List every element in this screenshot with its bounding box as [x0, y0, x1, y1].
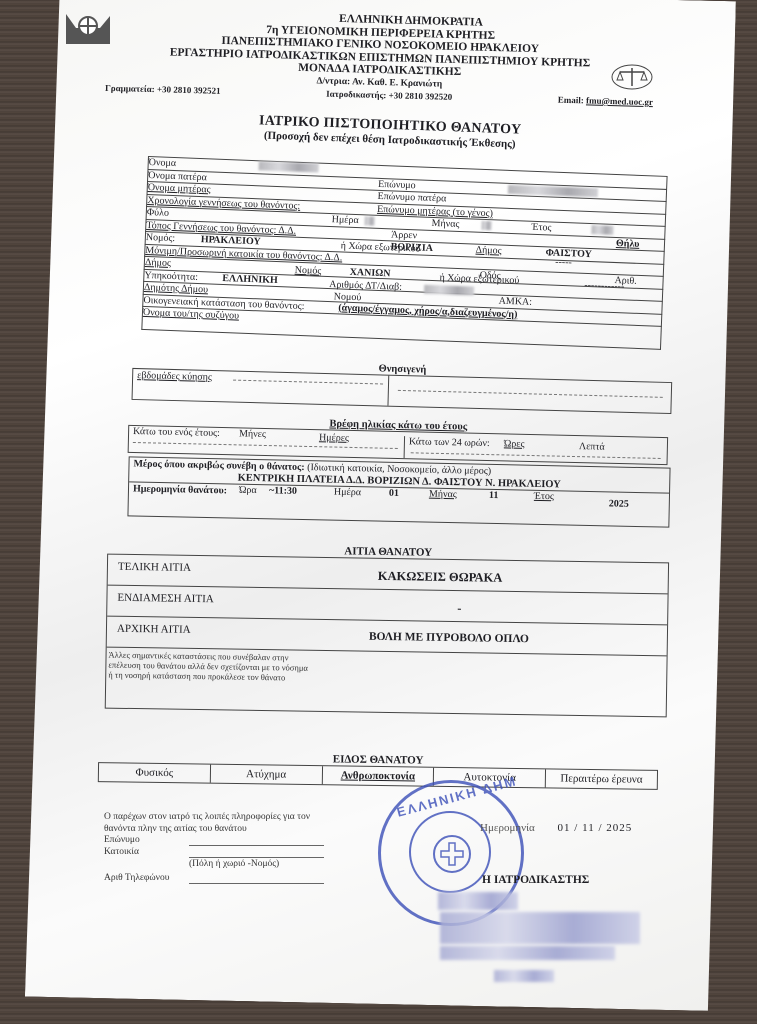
redacted-birth-year [591, 225, 613, 235]
sex-female-option[interactable]: Θήλυ [616, 238, 640, 250]
residence-abroad-label: ή Χώρα εξωτερικού [439, 272, 519, 287]
final-cause-value: ΚΑΚΩΣΕΙΣ ΘΩΡΑΚΑ [378, 569, 503, 586]
under-24h-field[interactable] [411, 452, 661, 459]
death-month-label: Μήνας [429, 489, 457, 501]
prefecture-label: Νομός: [146, 232, 176, 244]
birth-abroad-label: ή Χώρα εξωτερικού [340, 240, 420, 255]
redacted-birth-month [481, 221, 491, 230]
under-year-label: Κάτω του ενός έτους: [133, 426, 220, 439]
death-hour-value: ~11:30 [269, 485, 297, 497]
mother-name-label: Όνομα μητέρας [148, 182, 211, 195]
citizenship-label: Υπηκοότητα: [144, 269, 198, 282]
other-conditions-label: Άλλες σημαντικές καταστάσεις που συνέβαλ… [106, 648, 311, 711]
infant-days-label: Ημέρες [319, 432, 349, 444]
intermediate-cause-value: - [457, 601, 461, 616]
signature-date-value: 01 / 11 / 2025 [558, 822, 633, 834]
informant-phone-label: Αριθ Τηλεφώνου [104, 873, 169, 883]
stillbirth-details-field[interactable] [398, 390, 663, 398]
redacted-surname [508, 184, 598, 196]
redacted-id-number [424, 285, 474, 296]
type-further-investigation[interactable]: Περαιτέρω έρευνα [546, 769, 657, 789]
infant-hours-label: Ώρες [504, 438, 525, 449]
personal-details-form: Όνομα Όνομα πατέρα Επώνυμο Όνομα μητέρας… [141, 156, 667, 350]
father-name-label: Όνομα πατέρα [148, 170, 207, 183]
final-cause-label: ΤΕΛΙΚΗ ΑΙΤΙΑ [118, 561, 191, 574]
death-date-label: Ημερομηνία θανάτου: [133, 483, 227, 496]
informant-residence-hint: (Πόλη ή χωριό -Νομός) [104, 859, 334, 873]
redacted-name [259, 161, 319, 172]
infant-minutes-label: Λεπτά [579, 441, 605, 453]
birth-year-label: Έτος [531, 222, 551, 234]
redacted-signature-name [440, 912, 640, 944]
under-year-field[interactable] [133, 442, 398, 449]
initial-cause-label: ΑΡΧΙΚΗ ΑΙΤΙΑ [117, 623, 191, 636]
spouse-name-label: Όνομα του/της συζύγου [143, 307, 239, 322]
redacted-birth-day [364, 216, 374, 225]
gestation-weeks-field[interactable] [233, 380, 383, 385]
divider [387, 376, 389, 406]
birth-day-label: Ημέρα [331, 214, 358, 227]
sex-male-option[interactable]: Άρρεν [391, 229, 417, 241]
redacted-signature-id [494, 970, 554, 982]
signature-date: Ημερομηνία 01 / 11 / 2025 [480, 822, 632, 834]
under-24h-label: Κάτω των 24 ωρών: [409, 436, 490, 449]
type-natural[interactable]: Φυσικός [99, 763, 211, 783]
stamp-inner-ring [409, 811, 491, 893]
initial-cause-value: ΒΟΛΗ ΜΕ ΠΥΡΟΒΟΛΟ ΟΠΛΟ [369, 631, 529, 646]
death-month-value: 11 [489, 490, 499, 501]
prefecture-value: ΗΡΑΚΛΕΙΟΥ [201, 234, 261, 248]
type-accident[interactable]: Ατύχημα [211, 765, 323, 785]
informant-residence-label: Κατοικία [104, 847, 139, 857]
residence-prefecture-label: Νομός [295, 264, 322, 277]
divider [404, 436, 405, 458]
death-place-date-box: Μέρος όπου ακριβώς συνέβη ο θάνατος: (Ιδ… [127, 456, 670, 527]
redacted-signature [438, 892, 518, 910]
birth-abroad-value: ----- [555, 256, 572, 268]
citizen-municipality-label: Δημότης Δήμου [144, 282, 209, 295]
intermediate-cause-label: ΕΝΔΙΑΜΕΣΗ ΑΙΤΙΑ [117, 592, 213, 606]
redacted-signature-details [440, 946, 615, 960]
type-homicide-selected[interactable]: Ανθρωποκτονία [322, 766, 434, 786]
municipality-label: Δήμος [475, 245, 501, 257]
sex-label: Φύλο [147, 207, 170, 219]
surname-label: Επώνυμο [378, 178, 416, 191]
email-link[interactable]: fmu@med.uoc.gr [586, 95, 653, 107]
causes-table: ΤΕΛΙΚΗ ΑΙΤΙΑ ΚΑΚΩΣΕΙΣ ΘΩΡΑΚΑ ΕΝΔΙΑΜΕΣΗ Α… [105, 554, 669, 718]
citizenship-value: ΕΛΛΗΝΙΚΗ [222, 272, 278, 286]
informant-section: Ο παρέχων στον ιατρό τις λοιπές πληροφορ… [104, 812, 334, 885]
causes-section: ΑΙΤΙΑ ΘΑΝΑΤΟΥ ΤΕΛΙΚΗ ΑΙΤΙΑ ΚΑΚΩΣΕΙΣ ΘΩΡΑ… [105, 542, 670, 718]
death-day-value: 01 [389, 488, 399, 499]
informant-residence-field[interactable] [189, 857, 324, 858]
residence-abroad-value: ------------ [584, 279, 624, 292]
email-label: Email: [558, 95, 584, 106]
informant-phone-field[interactable] [189, 883, 324, 884]
death-day-label: Ημέρα [334, 487, 361, 499]
gestation-weeks-label: εβδομάδες κύησης [137, 370, 212, 383]
name-label: Όνομα [149, 157, 177, 169]
informant-surname-field[interactable] [189, 845, 324, 846]
amka-label: ΑΜΚΑ: [498, 296, 532, 309]
greek-coat-of-arms-icon [433, 835, 471, 873]
birth-month-label: Μήνας [431, 218, 459, 231]
signature-role: Η ΙΑΤΡΟΔΙΚΑΣΤΗΣ [482, 874, 589, 886]
residence-prefecture-value: ΧΑΝΙΩΝ [349, 266, 390, 279]
informant-intro: Ο παρέχων στον ιατρό τις λοιπές πληροφορ… [104, 812, 324, 835]
death-year-value: 2025 [609, 498, 629, 509]
signature-date-label: Ημερομηνία [480, 822, 535, 834]
death-year-label: Έτος [534, 491, 554, 502]
institution-header: ΕΛΛΗΝΙΚΗ ΔΗΜΟΚΡΑΤΙΑ 7η ΥΓΕΙΟΝΟΜΙΚΗ ΠΕΡΙΦ… [99, 7, 661, 109]
informant-surname-label: Επώνυμο [104, 835, 140, 845]
infant-months-label: Μήνες [239, 428, 266, 440]
death-hour-label: Ώρα [239, 485, 257, 496]
residence-municipality-label: Δήμος [145, 257, 171, 269]
